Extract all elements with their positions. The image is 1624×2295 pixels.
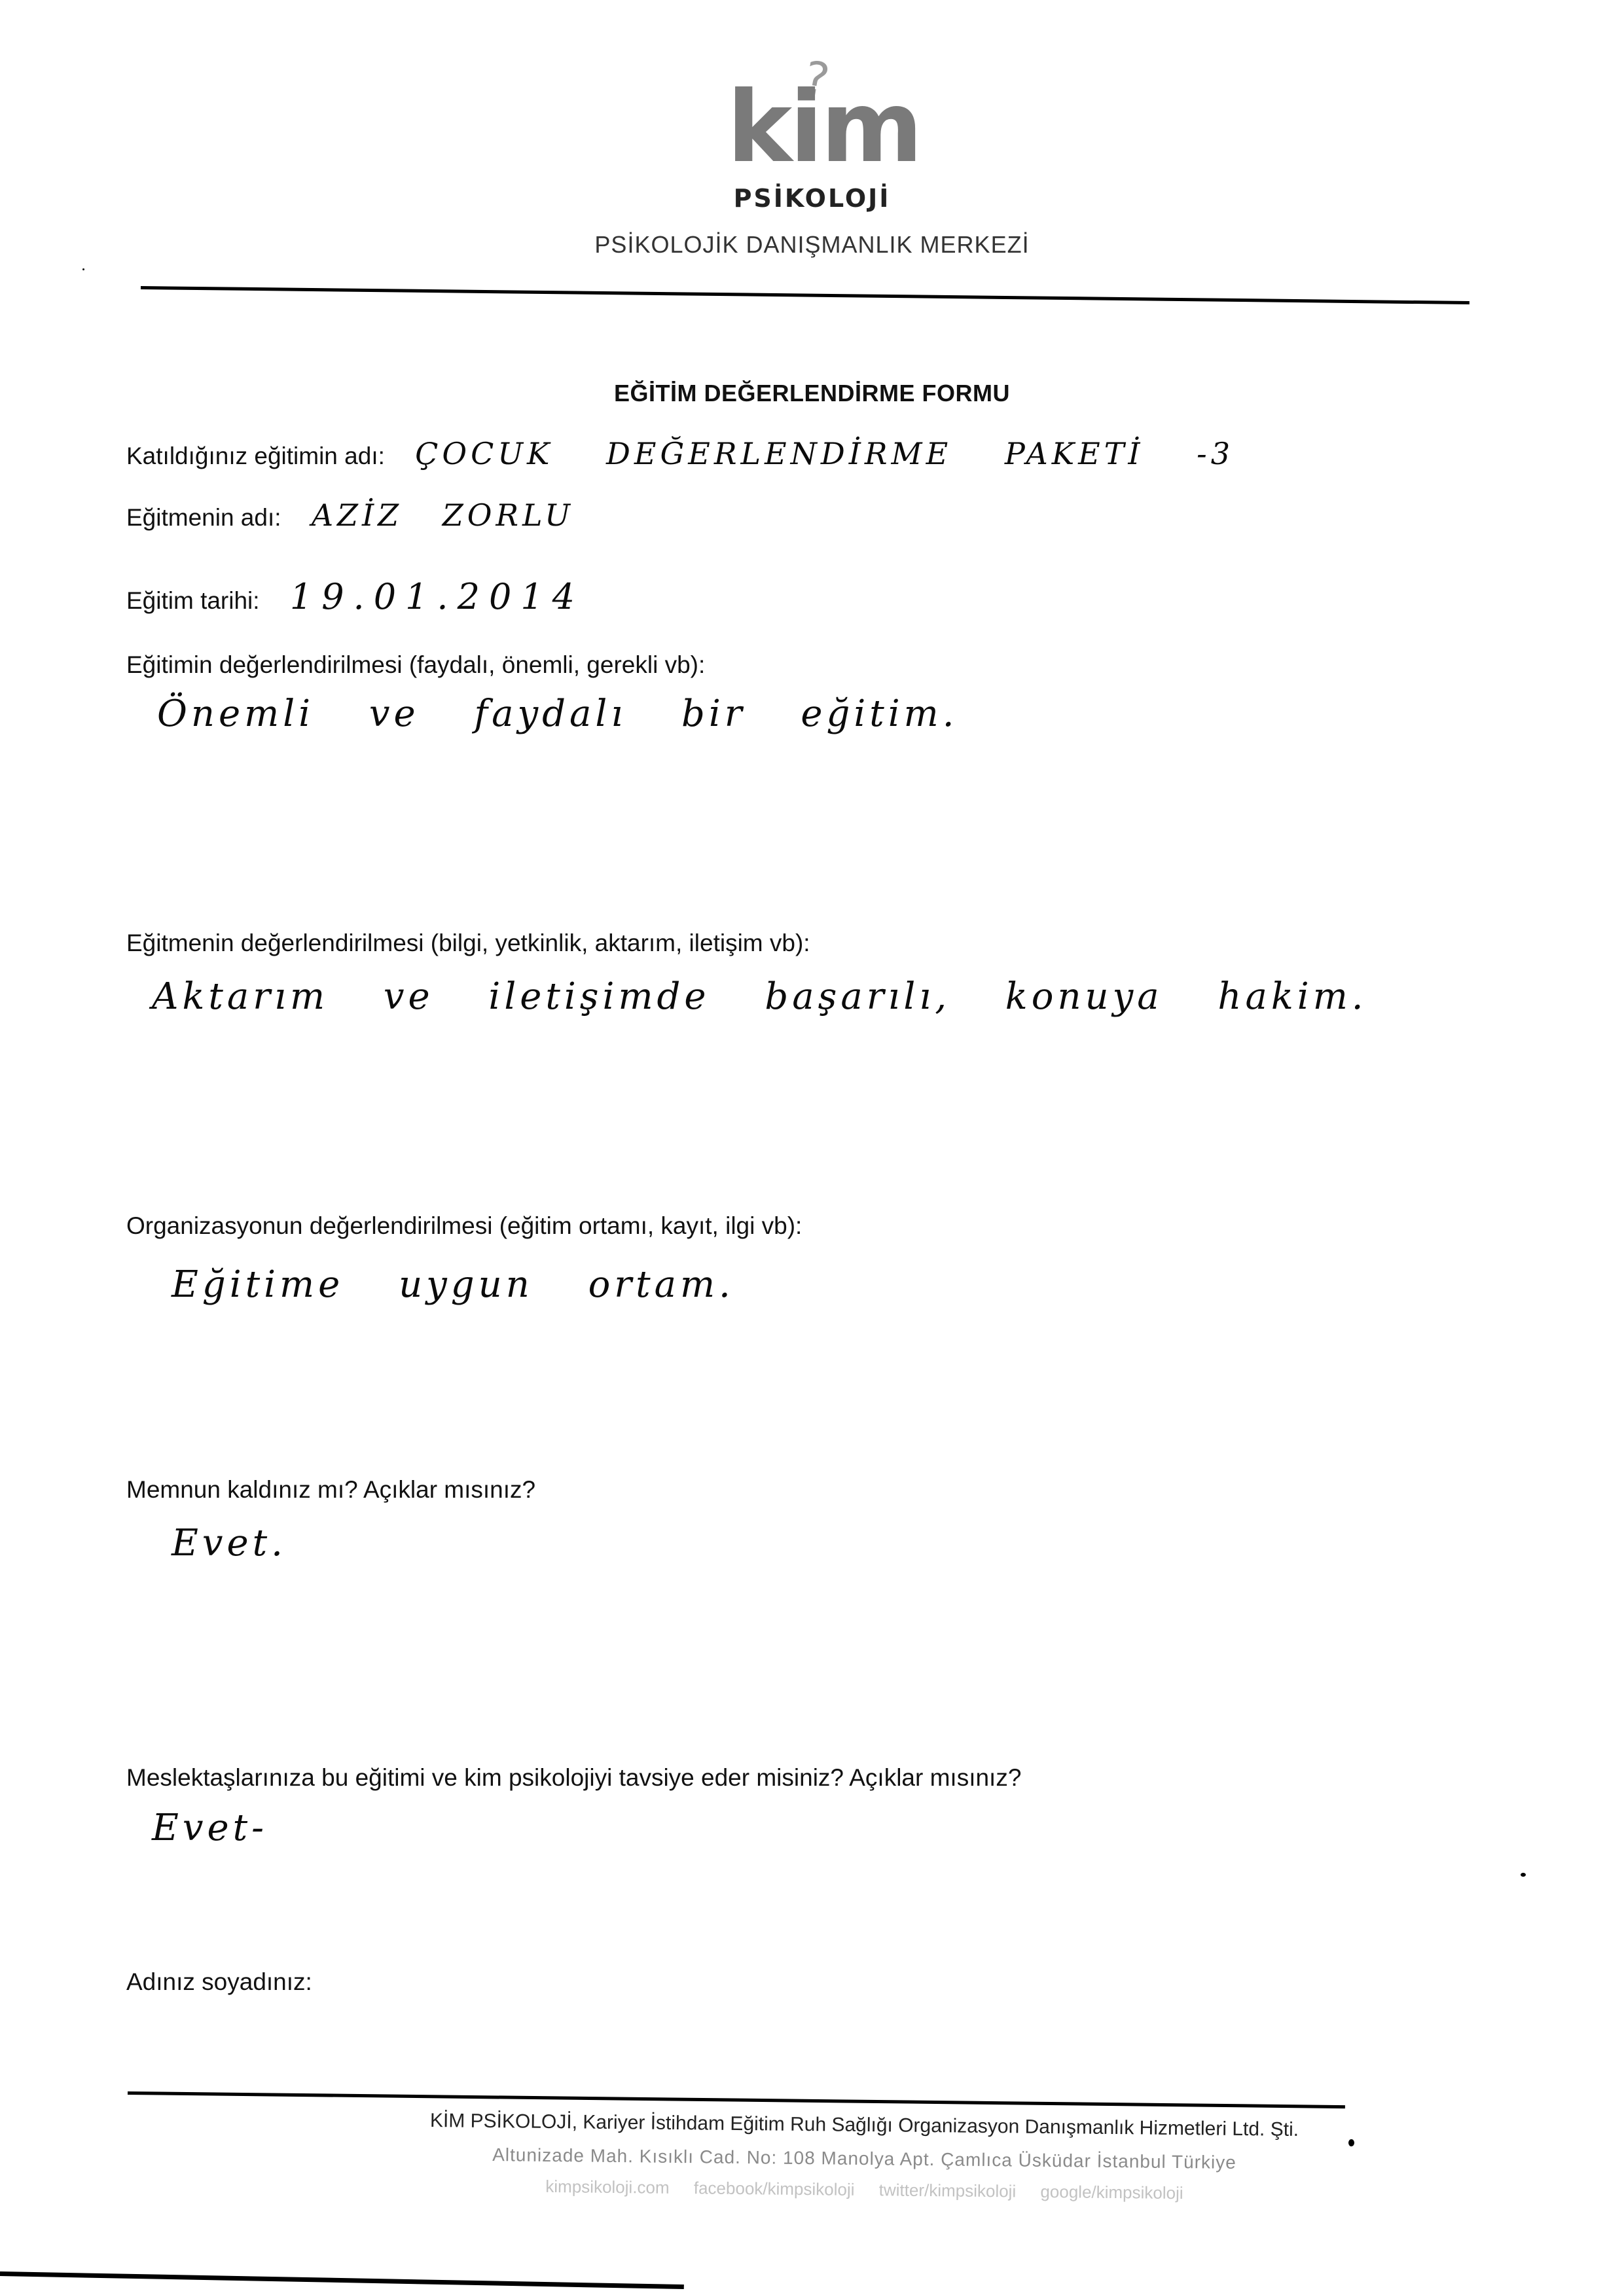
kim-logo: ? kim [727, 79, 897, 177]
answer-training-evaluation[interactable]: Önemli ve faydalı bir eğitim. [157, 693, 958, 735]
footer-web-links: kimpsikoloji.com facebook/kimpsikoloji t… [52, 2171, 1624, 2209]
name-surname-field: Adınız soyadınız: [126, 1964, 712, 1996]
training-date-value[interactable]: 19.01.2014 [290, 576, 584, 617]
trainer-name-value[interactable]: AZİZ ZORLU [312, 497, 574, 533]
training-name-label: Katıldığınız eğitimin adı: [126, 443, 385, 470]
answer-satisfaction[interactable]: Evet. [171, 1522, 287, 1564]
training-date-label: Eğitim tarihi: [126, 587, 260, 615]
logo-subtitle: PSİKOLOJİ [0, 184, 1624, 213]
name-surname-value[interactable] [319, 1964, 712, 1990]
training-name-value[interactable]: ÇOCUK DEĞERLENDİRME PAKETİ -3 [415, 436, 1234, 471]
question-recommendation: Meslektaşlarınıza bu eğitimi ve kim psik… [126, 1764, 1021, 1792]
scan-speck [1348, 2139, 1354, 2146]
logo-tagline: PSİKOLOJİK DANIŞMANLIK MERKEZİ [0, 231, 1624, 259]
trainer-name-field: Eğitmenin adı: AZİZ ZORLU [126, 497, 574, 533]
logo-wordmark: kim [727, 79, 897, 177]
question-training-evaluation: Eğitimin değerlendirilmesi (faydalı, öne… [126, 651, 705, 679]
scan-speck [82, 268, 84, 270]
answer-organization-evaluation[interactable]: Eğitime uygun ortam. [171, 1263, 734, 1306]
question-organization-evaluation: Organizasyonun değerlendirilmesi (eğitim… [126, 1212, 802, 1240]
footer-company-name: KİM PSİKOLOJİ, Kariyer İstihdam Eğitim R… [52, 2106, 1624, 2145]
logo-header: ? kim PSİKOLOJİ PSİKOLOJİK DANIŞMANLIK M… [0, 79, 1624, 259]
form-title: EĞİTİM DEĞERLENDİRME FORMU [0, 380, 1624, 407]
footer-address: Altunizade Mah. Kısıklı Cad. No: 108 Man… [52, 2140, 1624, 2178]
training-name-field: Katıldığınız eğitimin adı: ÇOCUK DEĞERLE… [126, 436, 1234, 471]
question-trainer-evaluation: Eğitmenin değerlendirilmesi (bilgi, yetk… [126, 930, 810, 957]
answer-trainer-evaluation[interactable]: Aktarım ve iletişimde başarılı, konuya h… [152, 975, 1367, 1018]
footer-divider [128, 2091, 1345, 2108]
trainer-name-label: Eğitmenin adı: [126, 504, 281, 532]
header-divider [141, 286, 1470, 304]
name-surname-label: Adınız soyadınız: [126, 1968, 312, 1995]
scan-edge-line [0, 2271, 684, 2289]
scan-speck [1521, 1873, 1526, 1877]
question-satisfaction: Memnun kaldınız mı? Açıklar mısınız? [126, 1476, 535, 1504]
answer-recommendation[interactable]: Evet- [152, 1807, 268, 1849]
training-date-field: Eğitim tarihi: 19.01.2014 [126, 576, 584, 617]
